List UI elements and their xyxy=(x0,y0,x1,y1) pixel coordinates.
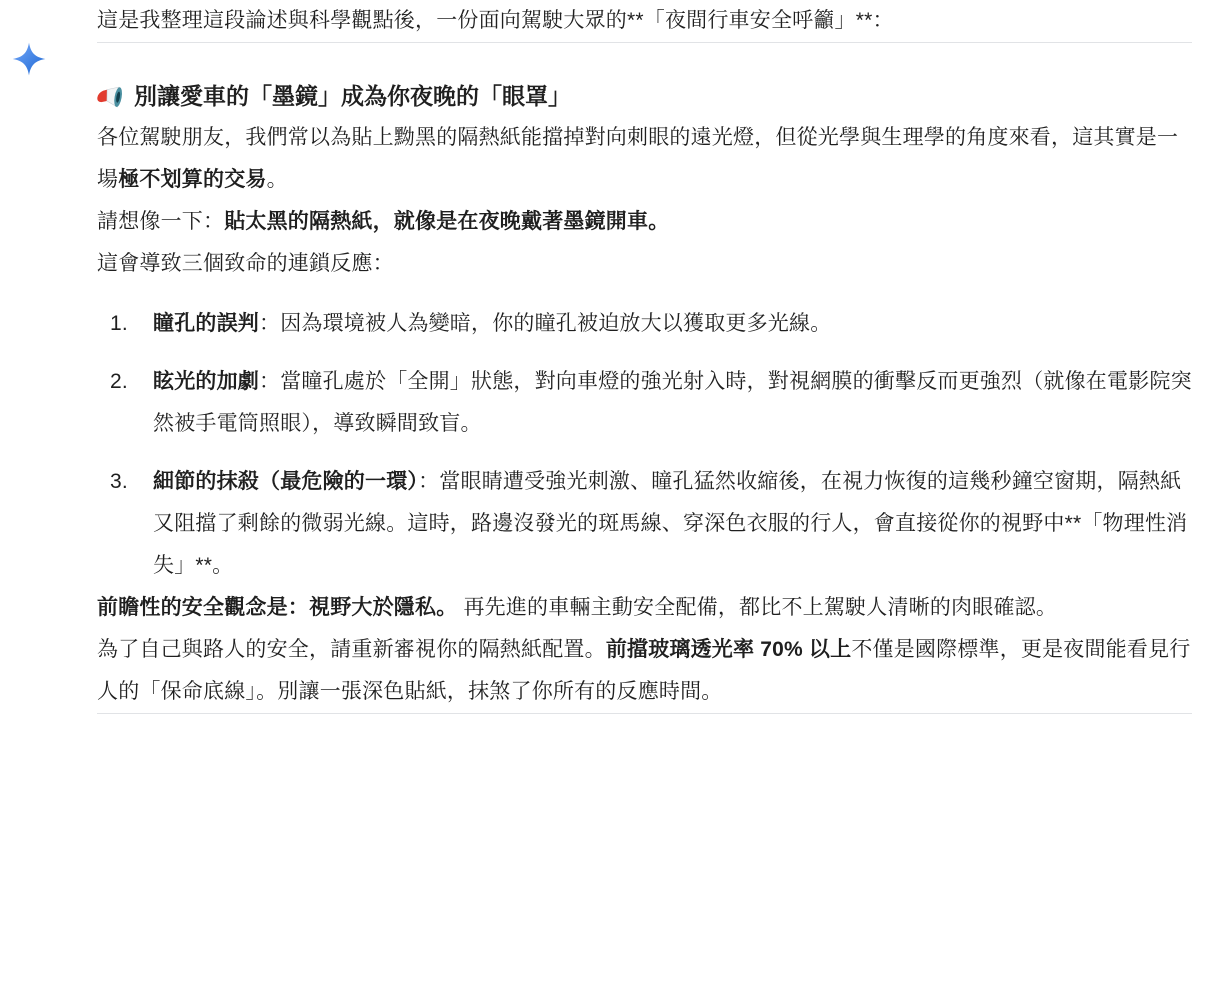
message-content: 這是我整理這段論述與科學觀點後，一份面向駕駛大眾的**「夜間行車安全呼籲」**：… xyxy=(97,0,1192,714)
list-item-glare: 2. 眩光的加劇：當瞳孔處於「全開」狀態，對向車燈的強光射入時，對視網膜的衝擊反… xyxy=(110,361,1192,445)
list-item-text: 眩光的加劇：當瞳孔處於「全開」狀態，對向車燈的強光射入時，對視網膜的衝擊反而更強… xyxy=(153,361,1192,445)
list-item-detail-loss: 3. 細節的抹殺（最危險的一環）：當眼睛遭受強光刺激、瞳孔猛然收縮後，在視力恢復… xyxy=(110,461,1192,587)
list-item-text: 細節的抹殺（最危險的一環）：當眼睛遭受強光刺激、瞳孔猛然收縮後，在視力恢復的這幾… xyxy=(153,461,1192,587)
paragraph-action: 為了自己與路人的安全，請重新審視你的隔熱紙配置。前擋玻璃透光率 70% 以上不僅… xyxy=(97,629,1192,713)
divider-bottom xyxy=(97,713,1192,714)
list-item-pupil: 1. 瞳孔的誤判：因為環境被人為變暗，你的瞳孔被迫放大以獲取更多光線。 xyxy=(110,303,1192,345)
paragraph-hook: 各位駕駛朋友，我們常以為貼上黝黑的隔熱紙能擋掉對向刺眼的遠光燈，但從光學與生理學… xyxy=(97,117,1192,201)
list-item-number: 2. xyxy=(110,361,153,445)
paragraph-vision: 前瞻性的安全觀念是：視野大於隱私。 再先進的車輛主動安全配備，都比不上駕駛人清晰… xyxy=(97,587,1192,629)
section-heading-text: 別讓愛車的「墨鏡」成為你夜晚的「眼罩」 xyxy=(134,75,571,117)
list-item-number: 1. xyxy=(110,303,153,345)
loudspeaker-icon xyxy=(97,82,125,110)
chat-response-view: 這是我整理這段論述與科學觀點後，一份面向駕駛大眾的**「夜間行車安全呼籲」**：… xyxy=(0,0,1220,1006)
chain-reaction-list: 1. 瞳孔的誤判：因為環境被人為變暗，你的瞳孔被迫放大以獲取更多光線。 2. 眩… xyxy=(110,303,1192,587)
section-heading: 別讓愛車的「墨鏡」成為你夜晚的「眼罩」 xyxy=(97,75,1192,117)
paragraph-imagine: 請想像一下：貼太黑的隔熱紙，就像是在夜晚戴著墨鏡開車。 xyxy=(97,201,1192,243)
intro-paragraph: 這是我整理這段論述與科學觀點後，一份面向駕駛大眾的**「夜間行車安全呼籲」**： xyxy=(97,0,1192,42)
list-item-text: 瞳孔的誤判：因為環境被人為變暗，你的瞳孔被迫放大以獲取更多光線。 xyxy=(153,303,1192,345)
gemini-sparkle-icon xyxy=(12,42,46,76)
list-item-number: 3. xyxy=(110,461,153,587)
paragraph-list-lead: 這會導致三個致命的連鎖反應： xyxy=(97,243,1192,285)
divider-top xyxy=(97,42,1192,43)
